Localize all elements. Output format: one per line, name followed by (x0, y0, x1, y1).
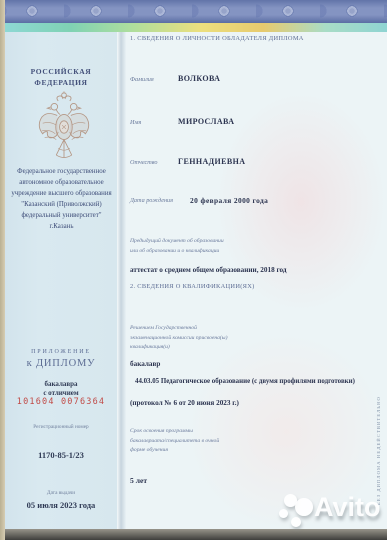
photo-left-edge (0, 0, 5, 540)
avito-logo-icon (295, 498, 313, 516)
program-value: 44.03.05 Педагогическое образование (с д… (135, 378, 385, 385)
section2-title: 2. СВЕДЕНИЯ О КВАЛИФИКАЦИИ(ЯХ) (130, 283, 370, 290)
honors-label: с отличием (5, 389, 117, 397)
serial-number: 101604 0076364 (5, 397, 117, 407)
coat-of-arms-eagle-icon (35, 90, 93, 166)
page-fold (117, 32, 126, 529)
duration-value: 5 лет (130, 476, 147, 485)
diploma-supplement-photo: РОССИЙСКАЯ ФЕДЕРАЦИЯ Федеральное государ… (0, 0, 387, 540)
previous-document-label: Предыдущий документ об образовании или о… (130, 237, 226, 256)
surname-value: ВОЛКОВА (178, 74, 220, 83)
avito-watermark: Avito (278, 490, 387, 532)
firstname-label: Имя (130, 119, 141, 126)
country-name: РОССИЙСКАЯ ФЕДЕРАЦИЯ (5, 66, 117, 89)
section1-title: 1. СВЕДЕНИЯ О ЛИЧНОСТИ ОБЛАДАТЕЛЯ ДИПЛОМ… (130, 35, 370, 42)
avito-logo-icon (291, 517, 301, 527)
supplement-title: ПРИЛОЖЕНИЕ (5, 349, 117, 355)
duration-label: Срок освоения программы бакалавриата/спе… (130, 427, 228, 456)
patronymic-label: Отчество (130, 159, 157, 166)
issue-date: 05 июля 2023 года (5, 500, 117, 510)
institution-name: Федеральное государственное автономное о… (10, 166, 113, 232)
reg-number-label: Регистрационный номер (26, 423, 96, 431)
reg-number: 1170-85-1/23 (5, 450, 117, 460)
diploma-title: к ДИПЛОМУ (5, 358, 117, 369)
protocol-value: (протокол № 6 от 20 июня 2023 г.) (130, 399, 239, 407)
qualification-value: бакалавр (130, 360, 160, 368)
avito-logo-icon (279, 509, 288, 518)
firstname-value: МИРОСЛАВА (178, 117, 234, 126)
qualification-label: Решением Государственной экзаменационной… (130, 324, 234, 353)
previous-document-value: аттестат о среднем общем образовании, 20… (130, 266, 370, 274)
edge-validity-note: БЕЗ ДИПЛОМА НЕДЕЙСТВИТЕЛЬНО (376, 355, 381, 505)
avito-watermark-text: Avito (314, 492, 381, 523)
birthdate-label: Дата рождения (130, 197, 173, 204)
surname-label: Фамилия (130, 76, 154, 83)
patronymic-value: ГЕННАДИЕВНА (178, 157, 245, 166)
degree-label: бакалавра (5, 380, 117, 388)
guilloche-band (0, 0, 387, 23)
rainbow-strip (0, 23, 387, 32)
birthdate-value: 20 февраля 2000 года (190, 196, 268, 205)
issue-date-label: Дата выдачи (26, 489, 96, 497)
